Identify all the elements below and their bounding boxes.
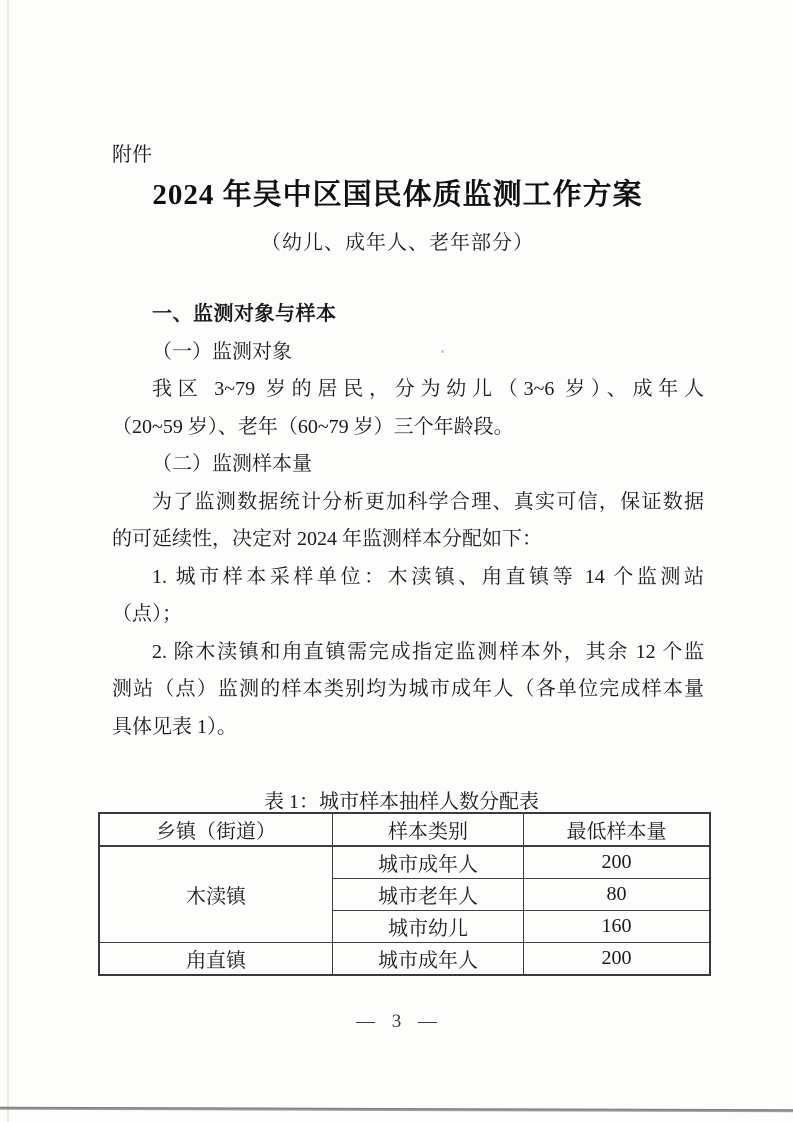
table-header-town: 乡镇（街道） [99,813,333,846]
table-cell-category: 城市成年人 [333,943,524,976]
table-header-row: 乡镇（街道） 样本类别 最低样本量 [99,813,710,846]
list-item-2-line-2: 测站（点）监测的样本类别均为城市成年人（各单位完成样本量 [112,671,704,709]
para-sample-size-line-2: 的可延续性，决定对 2024 年监测样本分配如下： [112,521,704,559]
list-item-2-line-1: 2. 除木渎镇和甪直镇需完成指定监测样本外，其余 12 个监 [112,634,704,672]
body-text: 一、监测对象与样本 （一）监测对象 我区 3~79 岁的居民，分为幼儿（3~6 … [112,296,704,746]
sample-allocation-table: 乡镇（街道） 样本类别 最低样本量 木渎镇 城市成年人 200 城市老年人 80… [98,812,711,976]
para-sample-size-line-1: 为了监测数据统计分析更加科学合理、真实可信，保证数据 [112,484,704,522]
para-monitoring-targets-line-1: 我区 3~79 岁的居民，分为幼儿（3~6 岁）、成年人 [112,371,704,409]
table-row: 木渎镇 城市成年人 200 [99,846,710,879]
table-cell-min-sample: 80 [524,879,711,911]
list-item-2-line-3: 具体见表 1）。 [112,709,704,747]
subsection-heading-1-2: （二）监测样本量 [112,446,704,484]
table-cell-category: 城市幼儿 [333,911,524,943]
section-heading-1: 一、监测对象与样本 [112,296,704,334]
list-item-1-line-2: （点）； [112,596,704,634]
para-monitoring-targets-line-2: （20~59 岁）、老年（60~79 岁）三个年龄段。 [112,409,704,447]
document-page: 附件 2024 年吴中区国民体质监测工作方案 （幼儿、成年人、老年部分） 一、监… [0,0,793,1122]
table-cell-min-sample: 200 [524,846,711,879]
table-cell-town-mudu: 木渎镇 [99,846,333,943]
table-title: 表 1：城市样本抽样人数分配表 [98,785,705,814]
table-cell-min-sample: 200 [524,943,711,976]
table-header-category: 样本类别 [333,813,524,846]
subsection-heading-1-1: （一）监测对象 [112,334,704,372]
table-cell-category: 城市老年人 [333,879,524,911]
scan-bottom-edge-line [0,1107,793,1113]
scan-left-edge-line [7,0,9,1122]
page-number: — 3 — [0,1011,793,1033]
attachment-label: 附件 [112,138,152,167]
list-item-1-line-1: 1. 城市样本采样单位：木渎镇、甪直镇等 14 个监测站 [112,559,704,597]
table-cell-town-luzhi: 甪直镇 [99,943,333,976]
table-cell-min-sample: 160 [524,911,711,943]
table-header-min-sample: 最低样本量 [524,813,711,846]
page-title: 2024 年吴中区国民体质监测工作方案 [90,172,705,213]
page-subtitle: （幼儿、成年人、老年部分） [90,226,705,255]
table-row: 甪直镇 城市成年人 200 [99,943,710,976]
table-cell-category: 城市成年人 [333,846,524,879]
